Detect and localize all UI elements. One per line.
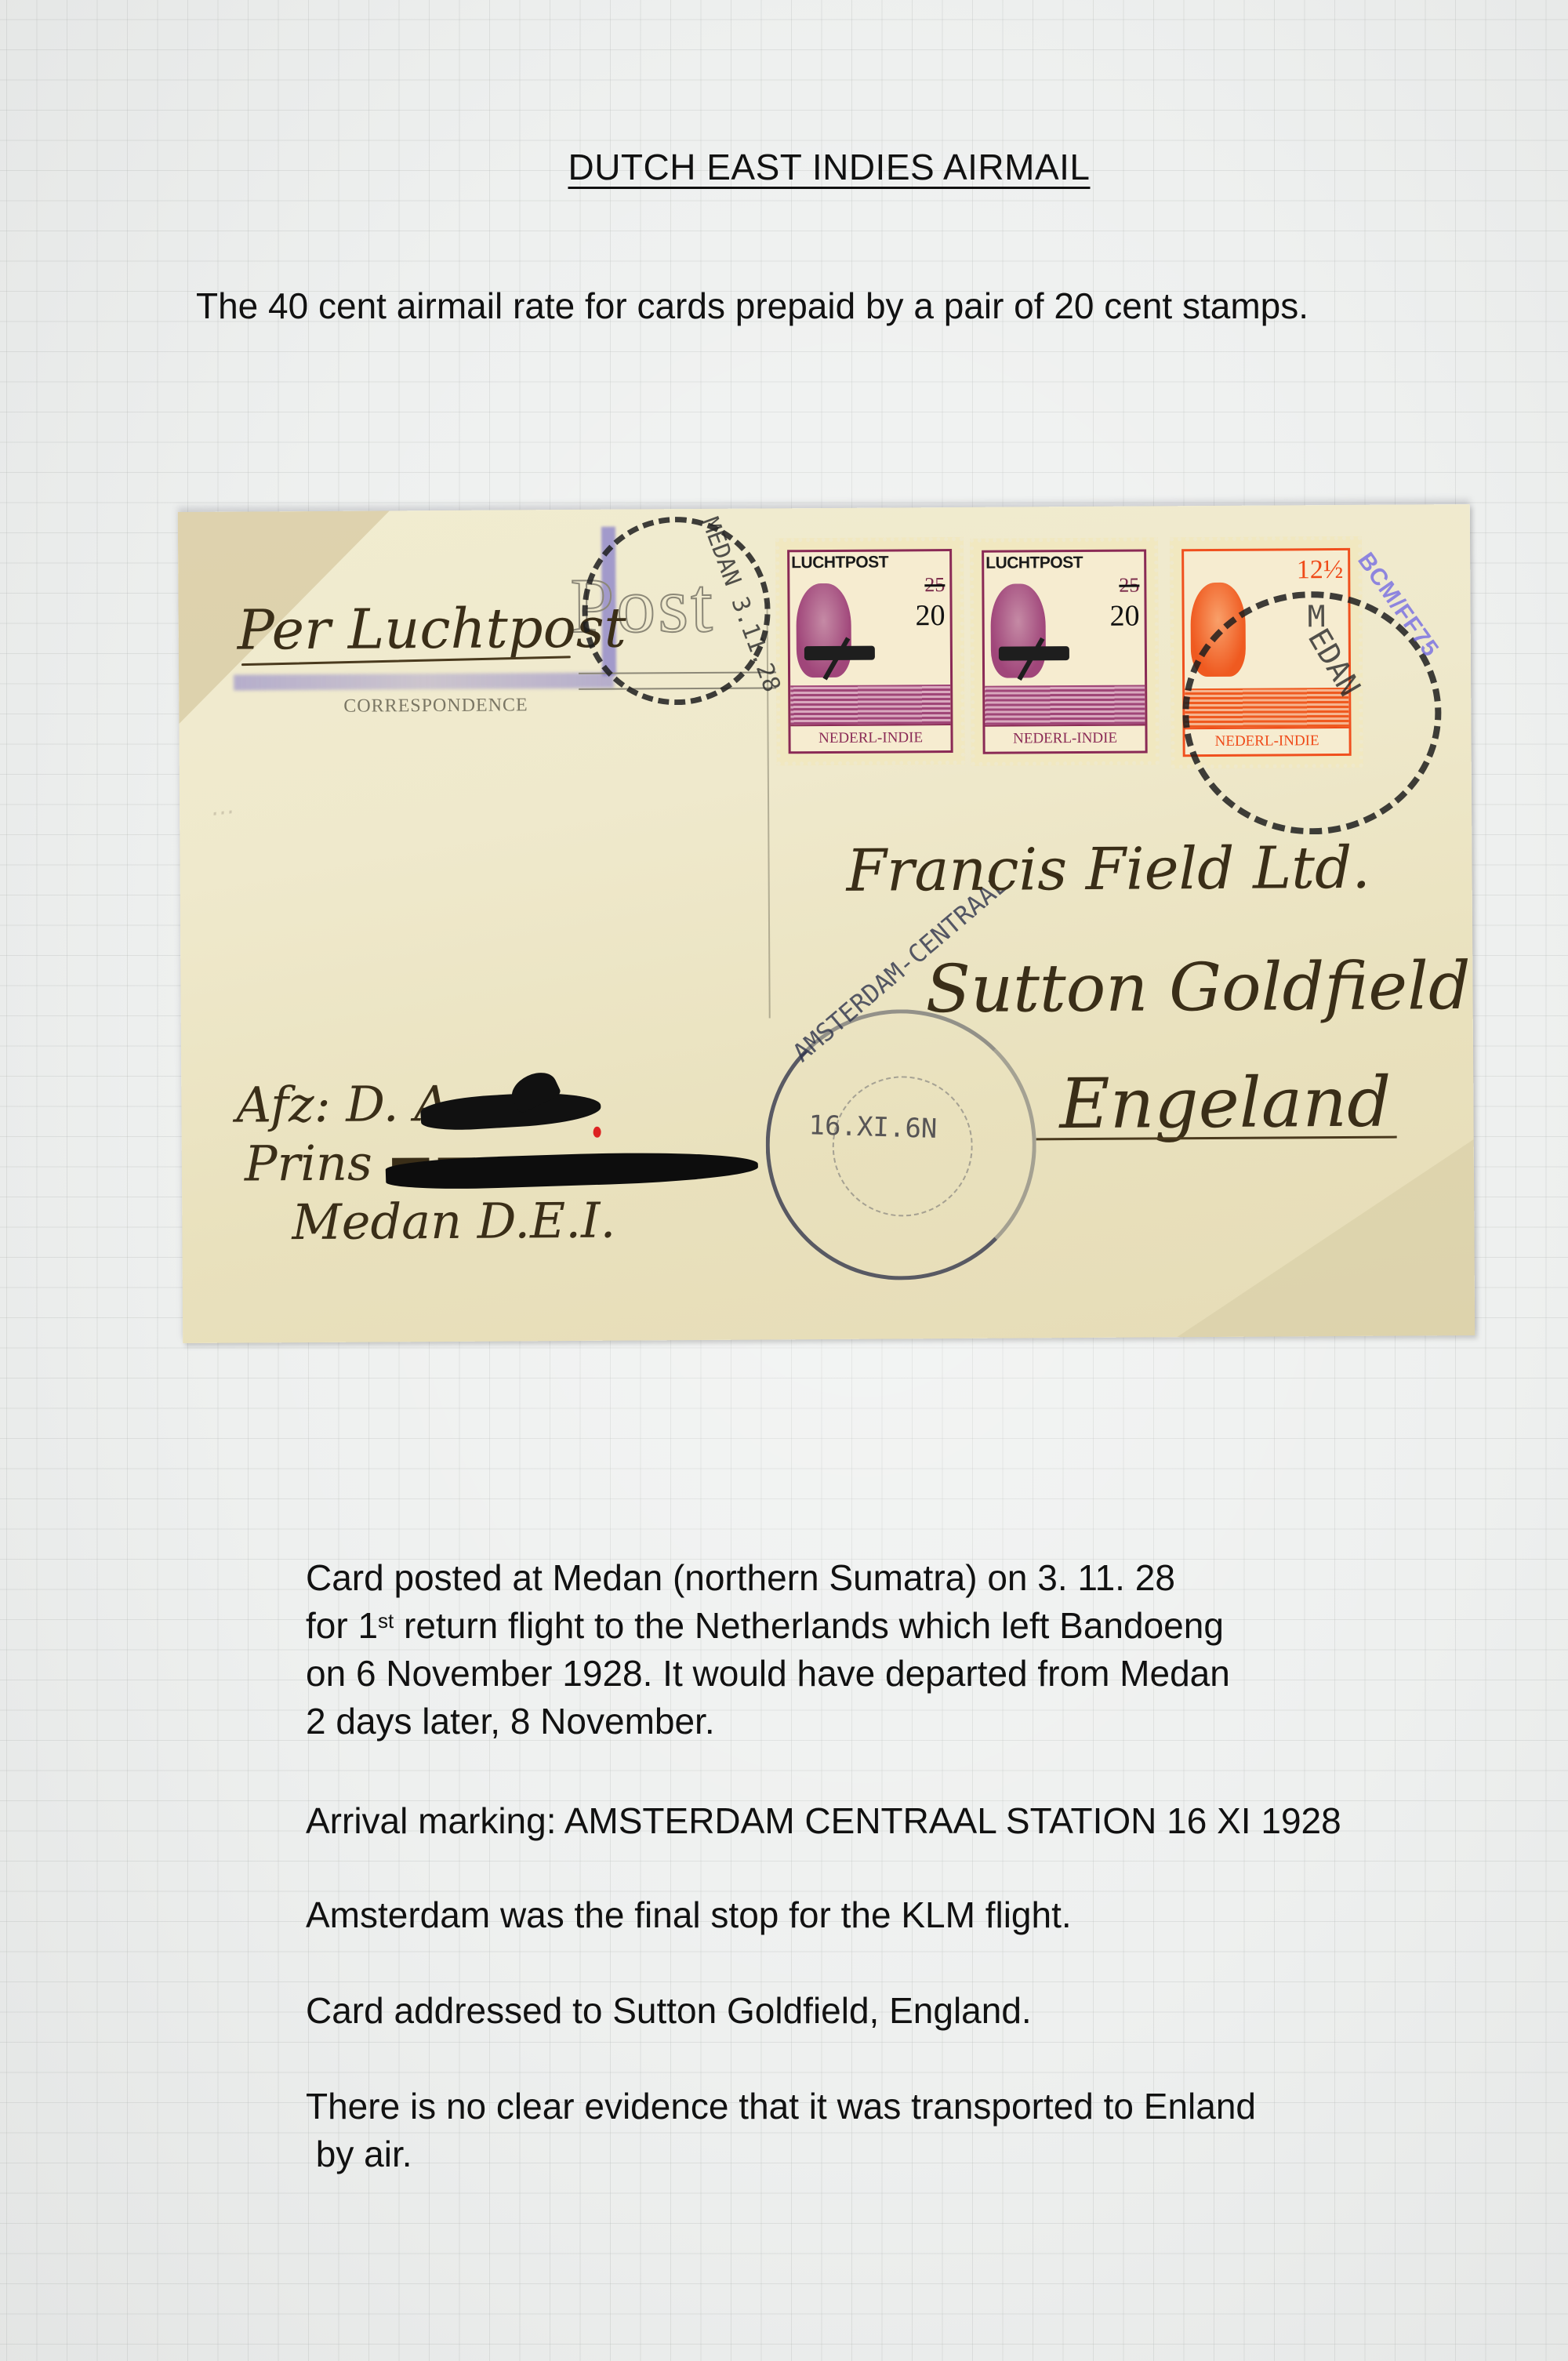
stamp-luchtpost-20c-1: LUCHTPOST 25 20 NEDERL-INDIE [775, 537, 965, 765]
stamp-luchtpost-20c-2: LUCHTPOST 25 20 NEDERL-INDIE [970, 537, 1160, 765]
postcard: … Post CORRESPONDENCE Per Luchtpost LUCH… [178, 504, 1475, 1343]
description-line: for 1st return flight to the Netherlands… [306, 1602, 1230, 1650]
description-line: 2 days later, 8 November. [306, 1698, 1230, 1745]
address-line-3: Engeland [1059, 1062, 1392, 1145]
page-subtitle: The 40 cent airmail rate for cards prepa… [196, 285, 1308, 327]
stamp-frame: LUCHTPOST 25 20 NEDERL-INDIE [982, 549, 1148, 754]
stamp-sea-design [790, 685, 950, 725]
stamp-overprint: LUCHTPOST [985, 554, 1083, 573]
stamp-new-value: 20 [1109, 599, 1139, 634]
pencil-note: … [209, 756, 496, 988]
page-title-text: DUTCH EAST INDIES AIRMAIL [568, 147, 1090, 187]
description-addressee: Card addressed to Sutton Goldfield, Engl… [306, 1987, 1032, 2035]
stamp-new-value: 20 [915, 598, 945, 633]
red-ink-spot [593, 1127, 601, 1138]
stamp-sea-design [985, 685, 1145, 725]
crayon-mark-horizontal [234, 673, 614, 691]
description-line: There is no clear evidence that it was t… [306, 2083, 1256, 2130]
description-evidence-note: There is no clear evidence that it was t… [306, 2083, 1256, 2178]
stamp-overprint: LUCHTPOST [791, 554, 888, 573]
description-line: Card posted at Medan (northern Sumatra) … [306, 1554, 1230, 1602]
description-text: return flight to the Netherlands which l… [394, 1605, 1224, 1646]
stamp-face-value: 12½ [1297, 555, 1344, 585]
mount-corner-bottom-right [1176, 1139, 1475, 1337]
airplane-overprint-icon [999, 646, 1069, 661]
stamp-old-value: 25 [924, 573, 945, 597]
stamp-country: NEDERL-INDIE [985, 725, 1145, 752]
description-paragraph-1: Card posted at Medan (northern Sumatra) … [306, 1554, 1230, 1745]
description-arrival-marking: Arrival marking: AMSTERDAM CENTRAAL STAT… [306, 1797, 1341, 1845]
stamp-old-value: 25 [1119, 574, 1139, 598]
description-final-stop: Amsterdam was the final stop for the KLM… [306, 1891, 1072, 1939]
description-text: for 1 [306, 1605, 378, 1646]
stamp-country: NEDERL-INDIE [790, 724, 950, 751]
printed-correspondence-label: CORRESPONDENCE [343, 695, 528, 717]
arrival-postmark-date: 16.XI.6N [808, 1110, 938, 1145]
stamp-frame: LUCHTPOST 25 20 NEDERL-INDIE [787, 549, 953, 754]
description-line: on 6 November 1928. It would have depart… [306, 1650, 1230, 1698]
description-line: by air. [306, 2130, 1256, 2178]
queen-portrait-icon [990, 583, 1046, 677]
address-line-2: Sutton Goldfield [925, 947, 1471, 1027]
ordinal-superscript: st [378, 1609, 394, 1633]
queen-portrait-icon [796, 583, 851, 677]
sender-line-3: Medan D.E.I. [292, 1192, 615, 1251]
page-title: DUTCH EAST INDIES AIRMAIL [0, 146, 1568, 188]
address-line-1: Francis Field Ltd. [846, 834, 1370, 905]
airplane-overprint-icon [804, 646, 875, 661]
postmark-inner-ring [832, 1076, 973, 1217]
routing-instruction: Per Luchtpost [237, 596, 626, 663]
